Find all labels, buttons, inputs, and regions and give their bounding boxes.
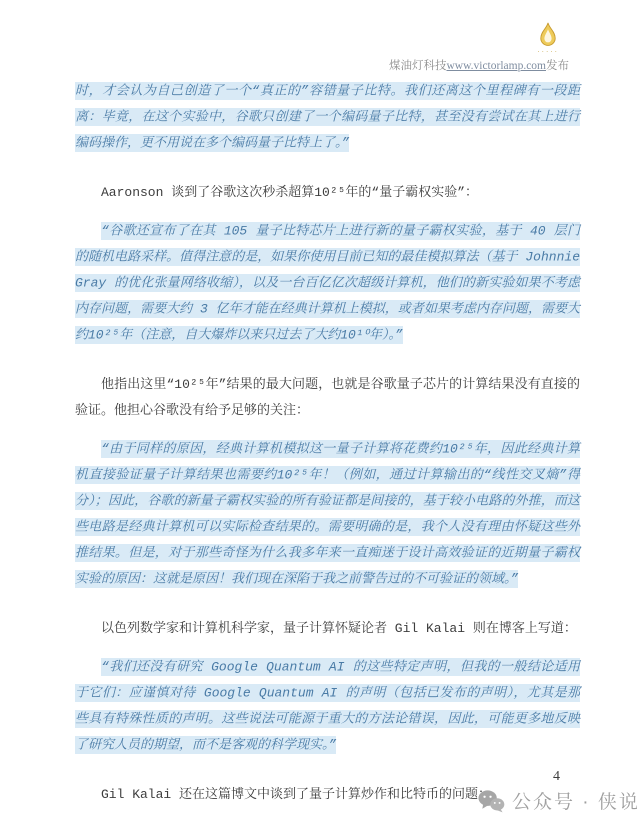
quote-paragraph: “由于同样的原因，经典计算机模拟这一量子计算将花费约10²⁵年，因此经典计算机直… [75, 436, 580, 592]
footer-brand: 公众号 · 侠说 [478, 787, 637, 814]
quote-text: 时，才会认为自己创造了一个“真正的”容错量子比特。我们还离这个里程碑有一段距离：… [75, 82, 580, 152]
page-number: 4 [553, 769, 560, 785]
body-paragraph: 他指出这里“10²⁵年”结果的最大问题，也就是谷歌量子芯片的计算结果没有直接的验… [75, 372, 580, 424]
article-body: 时，才会认为自己创造了一个“真正的”容错量子比特。我们还离这个里程碑有一段距离：… [75, 78, 580, 820]
body-paragraph: Aaronson 谈到了谷歌这次秒杀超算10²⁵年的“量子霸权实验”： [75, 180, 580, 206]
publisher-line: 煤油灯科技www.victorlamp.com发布 [389, 57, 569, 73]
quote-paragraph: 时，才会认为自己创造了一个“真正的”容错量子比特。我们还离这个里程碑有一段距离：… [75, 78, 580, 156]
publisher-suffix: 发布 [546, 60, 569, 72]
wechat-icon [478, 789, 505, 813]
quote-paragraph: “谷歌还宣布了在其 105 量子比特芯片上进行新的量子霸权实验，基于 40 层门… [75, 218, 580, 348]
document-page: ····· 煤油灯科技www.victorlamp.com发布 时，才会认为自己… [0, 0, 637, 825]
flame-underline-dots: ····· [537, 49, 559, 55]
quote-paragraph: “我们还没有研究 Google Quantum AI 的这些特定声明，但我的一般… [75, 654, 580, 758]
footer-brand-label: 公众号 · 侠说 [512, 787, 637, 814]
oil-lamp-flame-icon: ····· [537, 22, 559, 55]
quote-text: “我们还没有研究 Google Quantum AI 的这些特定声明，但我的一般… [75, 658, 580, 754]
victorlamp-link[interactable]: www.victorlamp.com [446, 60, 546, 72]
body-paragraph: 以色列数学家和计算机科学家，量子计算怀疑论者 Gil Kalai 则在博客上写道… [75, 616, 580, 642]
quote-text: “谷歌还宣布了在其 105 量子比特芯片上进行新的量子霸权实验，基于 40 层门… [75, 222, 580, 344]
publisher-watermark: ····· 煤油灯科技www.victorlamp.com发布 [389, 22, 569, 73]
publisher-name: 煤油灯科技 [389, 60, 447, 72]
quote-text: “由于同样的原因，经典计算机模拟这一量子计算将花费约10²⁵年，因此经典计算机直… [75, 440, 580, 588]
